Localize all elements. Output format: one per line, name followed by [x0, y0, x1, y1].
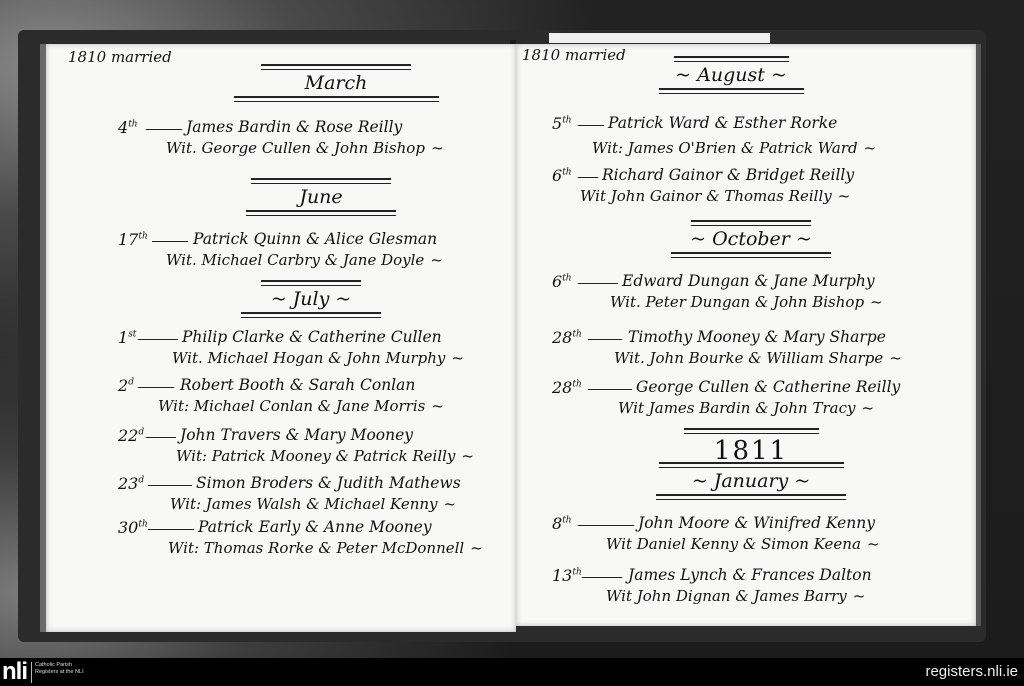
page-header: 1810 married [522, 48, 626, 62]
scanned-register-image: 1810 married March 4th James Bardin & Ro… [0, 0, 1024, 658]
logo-divider [31, 662, 32, 683]
entry-witnesses: Wit. George Cullen & John Bishop~ [166, 139, 444, 157]
right-page: 1810 married ~ August ~ 5th Patrick Ward… [516, 44, 981, 626]
month-heading-july: ~ July ~ [226, 280, 396, 318]
month-heading-june: June [246, 178, 396, 216]
month-heading-march: March [231, 64, 441, 102]
nli-logo[interactable]: nli [2, 661, 27, 683]
entry-couple: James Bardin & Rose Reilly [186, 118, 402, 136]
month-heading-august: ~ August ~ [646, 56, 816, 94]
month-heading-january: ~ January ~ [636, 462, 866, 500]
month-heading-october: ~ October ~ [666, 220, 836, 258]
logo-caption: Catholic Parish Registers at the NLI [35, 662, 95, 676]
footer-bar: nli Catholic Parish Registers at the NLI… [0, 658, 1024, 686]
entry-day: 4th [118, 118, 138, 137]
paper-tab [549, 33, 770, 43]
page-header: 1810 married [68, 48, 172, 66]
site-link[interactable]: registers.nli.ie [925, 663, 1018, 680]
left-page: 1810 married March 4th James Bardin & Ro… [40, 44, 516, 632]
